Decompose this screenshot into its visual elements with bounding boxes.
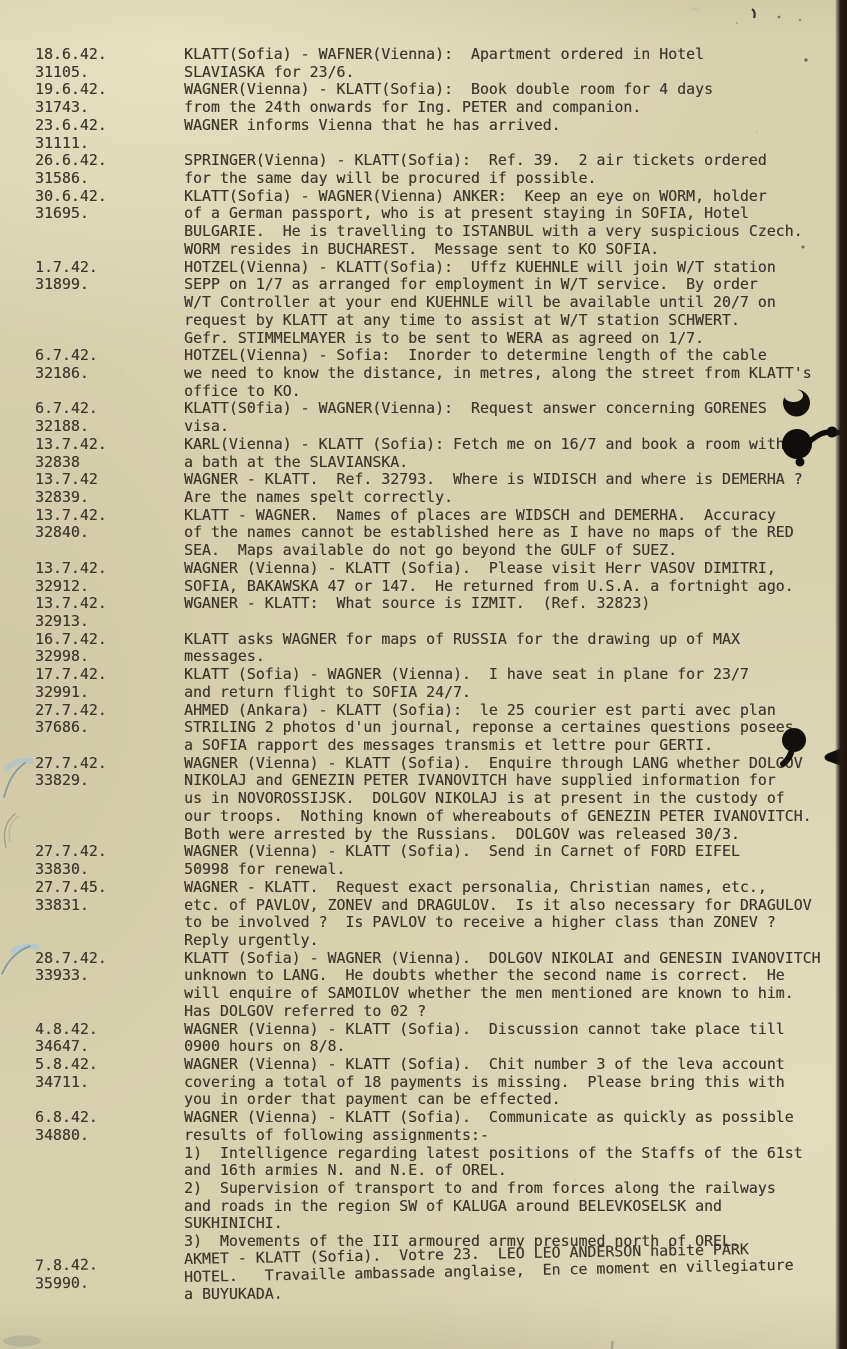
log-row: Both were arrested by the Russians. DOLG… <box>0 826 847 844</box>
entry-serial: 31586. <box>35 170 89 188</box>
entry-serial: 34647. <box>35 1038 89 1056</box>
log-row: 2) Supervision of transport to and from … <box>0 1180 847 1198</box>
entry-date: 13.7.42. <box>35 436 107 454</box>
entry-line: Has DOLGOV referred to 02 ? <box>184 1003 426 1021</box>
entry-line: WGANER - KLATT: What source is IZMIT. (R… <box>184 595 650 613</box>
log-row: 35990.HOTEL. Travaille ambassade anglais… <box>0 1269 847 1287</box>
log-row: 33933.unknown to LANG. He doubts whether… <box>0 967 847 985</box>
entry-line: and roads in the region SW of KALUGA aro… <box>184 1198 722 1216</box>
entry-date: 4.8.42. <box>35 1021 98 1039</box>
entry-line: Gefr. STIMMELMAYER is to be sent to WERA… <box>184 330 704 348</box>
entry-line: WAGNER (Vienna) - KLATT (Sofia). Chit nu… <box>184 1056 785 1074</box>
entry-line: KLATT(Sofia) - WAFNER(Vienna): Apartment… <box>184 46 704 64</box>
log-row: WORM resides in BUCHAREST. Message sent … <box>0 241 847 259</box>
document-page: 18.6.42.KLATT(Sofia) - WAFNER(Vienna): A… <box>0 0 847 1349</box>
log-row: 6.7.42.HOTZEL(Vienna) - Sofia: Inorder t… <box>0 347 847 365</box>
entry-serial: 37686. <box>35 719 89 737</box>
entry-serial: 31899. <box>35 276 89 294</box>
entry-serial: 33831. <box>35 897 89 915</box>
entry-line: WAGNER(Vienna) - KLATT(Sofia): Book doub… <box>184 81 713 99</box>
entry-date: 17.7.42. <box>35 666 107 684</box>
log-row: 5.8.42.WAGNER (Vienna) - KLATT (Sofia). … <box>0 1056 847 1074</box>
log-row: 6.8.42.WAGNER (Vienna) - KLATT (Sofia). … <box>0 1109 847 1127</box>
log-row: and roads in the region SW of KALUGA aro… <box>0 1198 847 1216</box>
entry-line: 2) Supervision of transport to and from … <box>184 1180 776 1198</box>
entry-date: 27.7.42. <box>35 843 107 861</box>
entry-line: SUKHINICHI. <box>184 1215 283 1233</box>
log-row: 1) Intelligence regarding latest positio… <box>0 1145 847 1163</box>
entry-line: KLATT (Sofia) - WAGNER (Vienna). I have … <box>184 666 749 684</box>
log-row: 31743.from the 24th onwards for Ing. PET… <box>0 99 847 117</box>
entry-line: KLATT(S0fia) - WAGNER(Vienna): Request a… <box>184 400 767 418</box>
log-row: 13.7.42.WAGNER (Vienna) - KLATT (Sofia).… <box>0 560 847 578</box>
log-row: 32839.Are the names spelt correctly. <box>0 489 847 507</box>
entry-line: WAGNER (Vienna) - KLATT (Sofia). Discuss… <box>184 1021 785 1039</box>
log-row: and 16th armies N. and N.E. of OREL. <box>0 1162 847 1180</box>
log-row: SEA. Maps available do not go beyond the… <box>0 542 847 560</box>
entry-serial: 31105. <box>35 64 89 82</box>
log-row: 31111. <box>0 135 847 153</box>
entry-line: BULGARIE. He is travelling to ISTANBUL w… <box>184 223 803 241</box>
entry-serial: 32912. <box>35 578 89 596</box>
entry-line: KLATT(Sofia) - WAGNER(Vienna) ANKER: Kee… <box>184 188 767 206</box>
entry-serial: 32913. <box>35 613 89 631</box>
entry-serial: 32186. <box>35 365 89 383</box>
log-row: 33830.50998 for renewal. <box>0 861 847 879</box>
log-row: a SOFIA rapport des messages transmis et… <box>0 737 847 755</box>
entry-line: Are the names spelt correctly. <box>184 489 453 507</box>
log-row: office to KO. <box>0 383 847 401</box>
log-row: 37686.STRILING 2 photos d'un journal, re… <box>0 719 847 737</box>
log-row: 31586.for the same day will be procured … <box>0 170 847 188</box>
log-row: our troops. Nothing known of whereabouts… <box>0 808 847 826</box>
entry-line: KLATT - WAGNER. Names of places are WIDS… <box>184 507 776 525</box>
entry-date: 18.6.42. <box>35 46 107 64</box>
log-row: Has DOLGOV referred to 02 ? <box>0 1003 847 1021</box>
entry-line: covering a total of 18 payments is missi… <box>184 1074 785 1092</box>
entry-date: 30.6.42. <box>35 188 107 206</box>
entry-line: 0900 hours on 8/8. <box>184 1038 345 1056</box>
entry-line: office to KO. <box>184 383 301 401</box>
entry-line: HOTZEL(Vienna) - Sofia: Inorder to deter… <box>184 347 767 365</box>
entry-line: to be involved ? Is PAVLOV to receive a … <box>184 914 776 932</box>
entry-line: W/T Controller at your end KUEHNLE will … <box>184 294 776 312</box>
log-row: 27.7.42.WAGNER (Vienna) - KLATT (Sofia).… <box>0 755 847 773</box>
entry-serial: 32998. <box>35 648 89 666</box>
entry-line: a SOFIA rapport des messages transmis et… <box>184 737 713 755</box>
entry-serial: 31743. <box>35 99 89 117</box>
entry-line: unknown to LANG. He doubts whether the s… <box>184 967 785 985</box>
log-row: 32838a bath at the SLAVIANSKA. <box>0 454 847 472</box>
log-row: 31899.SEPP on 1/7 as arranged for employ… <box>0 276 847 294</box>
entry-line: and return flight to SOFIA 24/7. <box>184 684 471 702</box>
log-row: 31105.SLAVIASKA for 23/6. <box>0 64 847 82</box>
log-row: Gefr. STIMMELMAYER is to be sent to WERA… <box>0 330 847 348</box>
log-row: 32913. <box>0 613 847 631</box>
entry-date: 6.8.42. <box>35 1109 98 1127</box>
entry-line: of a German passport, who is at present … <box>184 205 749 223</box>
entry-serial: 33829. <box>35 772 89 790</box>
entry-line: Both were arrested by the Russians. DOLG… <box>184 826 740 844</box>
log-row: 4.8.42.WAGNER (Vienna) - KLATT (Sofia). … <box>0 1021 847 1039</box>
entry-line: Reply urgently. <box>184 932 318 950</box>
entry-line: and 16th armies N. and N.E. of OREL. <box>184 1162 507 1180</box>
entry-line: WORM resides in BUCHAREST. Message sent … <box>184 241 659 259</box>
entry-serial: 32840. <box>35 524 89 542</box>
entry-line: KLATT asks WAGNER for maps of RUSSIA for… <box>184 631 740 649</box>
log-row: 34880.results of following assignments:- <box>0 1127 847 1145</box>
corner-smudge <box>3 1336 614 1349</box>
log-row: 27.7.45.WAGNER - KLATT. Request exact pe… <box>0 879 847 897</box>
log-row: 6.7.42.KLATT(S0fia) - WAGNER(Vienna): Re… <box>0 400 847 418</box>
entry-date: 19.6.42. <box>35 81 107 99</box>
entry-line: SEPP on 1/7 as arranged for employment i… <box>184 276 758 294</box>
log-row: 34647.0900 hours on 8/8. <box>0 1038 847 1056</box>
log-row: SUKHINICHI. <box>0 1215 847 1233</box>
entry-line: etc. of PAVLOV, ZONEV and DRAGULOV. Is i… <box>184 897 812 915</box>
entry-line: WAGNER (Vienna) - KLATT (Sofia). Enquire… <box>184 755 803 773</box>
log-row: BULGARIE. He is travelling to ISTANBUL w… <box>0 223 847 241</box>
entry-line: us in NOVOROSSIJSK. DOLGOV NIKOLAJ is at… <box>184 790 785 808</box>
entry-line: WAGNER (Vienna) - KLATT (Sofia). Send in… <box>184 843 740 861</box>
entry-line: STRILING 2 photos d'un journal, reponse … <box>184 719 794 737</box>
entry-serial: 31695. <box>35 205 89 223</box>
log-row: 27.7.42.WAGNER (Vienna) - KLATT (Sofia).… <box>0 843 847 861</box>
entry-line: SOFIA, BAKAWSKA 47 or 147. He returned f… <box>184 578 794 596</box>
log-row: 17.7.42.KLATT (Sofia) - WAGNER (Vienna).… <box>0 666 847 684</box>
entry-line: KARL(Vienna) - KLATT (Sofia): Fetch me o… <box>184 436 785 454</box>
log-row: 34711.covering a total of 18 payments is… <box>0 1074 847 1092</box>
entry-line: our troops. Nothing known of whereabouts… <box>184 808 812 826</box>
log-row: 33831.etc. of PAVLOV, ZONEV and DRAGULOV… <box>0 897 847 915</box>
entry-line: results of following assignments:- <box>184 1127 489 1145</box>
log-row: 32186.we need to know the distance, in m… <box>0 365 847 383</box>
binding-edge-shadow <box>835 0 847 1349</box>
entry-serial: 33830. <box>35 861 89 879</box>
log-row: 32998.messages. <box>0 648 847 666</box>
log-row: 33829.NIKOLAJ and GENEZIN PETER IVANOVIT… <box>0 772 847 790</box>
entry-line: WAGNER - KLATT. Request exact personalia… <box>184 879 767 897</box>
log-row: 28.7.42.KLATT (Sofia) - WAGNER (Vienna).… <box>0 950 847 968</box>
entry-line: we need to know the distance, in metres,… <box>184 365 812 383</box>
entry-line: messages. <box>184 648 265 666</box>
entry-line: SLAVIASKA for 23/6. <box>184 64 354 82</box>
entry-date: 13.7.42. <box>35 507 107 525</box>
entry-date: 27.7.45. <box>35 879 107 897</box>
log-row: 32188.visa. <box>0 418 847 436</box>
log-row: 31695.of a German passport, who is at pr… <box>0 205 847 223</box>
log-row: to be involved ? Is PAVLOV to receive a … <box>0 914 847 932</box>
entry-line: of the names cannot be established here … <box>184 524 794 542</box>
entry-date: 6.7.42. <box>35 400 98 418</box>
entry-date: 16.7.42. <box>35 631 107 649</box>
entry-line: visa. <box>184 418 229 436</box>
entry-serial: 32838 <box>35 454 80 472</box>
entry-serial: 32188. <box>35 418 89 436</box>
log-row: 13.7.42.WGANER - KLATT: What source is I… <box>0 595 847 613</box>
log-row: Reply urgently. <box>0 932 847 950</box>
entry-line: AHMED (Ankara) - KLATT (Sofia): le 25 co… <box>184 702 776 720</box>
entry-serial: 31111. <box>35 135 89 153</box>
entry-line: HOTZEL(Vienna) - KLATT(Sofia): Uffz KUEH… <box>184 259 776 277</box>
entry-date: 13.7.42. <box>35 560 107 578</box>
log-row: us in NOVOROSSIJSK. DOLGOV NIKOLAJ is at… <box>0 790 847 808</box>
entry-serial: 34711. <box>35 1074 89 1092</box>
entry-date: 13.7.42 <box>35 471 98 489</box>
entry-line: for the same day will be procured if pos… <box>184 170 596 188</box>
entry-date: 28.7.42. <box>35 950 107 968</box>
entry-line: 50998 for renewal. <box>184 861 345 879</box>
log-row: 1.7.42.HOTZEL(Vienna) - KLATT(Sofia): Uf… <box>0 259 847 277</box>
entry-line: a BUYUKADA. <box>184 1286 283 1304</box>
log-row: 27.7.42.AHMED (Ankara) - KLATT (Sofia): … <box>0 702 847 720</box>
entry-line: WAGNER (Vienna) - KLATT (Sofia). Please … <box>184 560 776 578</box>
log-row: 19.6.42.WAGNER(Vienna) - KLATT(Sofia): B… <box>0 81 847 99</box>
entry-date: 27.7.42. <box>35 702 107 720</box>
log-entries: 18.6.42.KLATT(Sofia) - WAFNER(Vienna): A… <box>0 46 847 1304</box>
log-row: you in order that payment can be effecte… <box>0 1091 847 1109</box>
entry-date: 13.7.42. <box>35 595 107 613</box>
log-row: 13.7.42WAGNER - KLATT. Ref. 32793. Where… <box>0 471 847 489</box>
log-row: will enquire of SAMOILOV whether the men… <box>0 985 847 1003</box>
log-row: 26.6.42.SPRINGER(Vienna) - KLATT(Sofia):… <box>0 152 847 170</box>
entry-line: WAGNER informs Vienna that he has arrive… <box>184 117 561 135</box>
log-row: 13.7.42.KLATT - WAGNER. Names of places … <box>0 507 847 525</box>
log-row: W/T Controller at your end KUEHNLE will … <box>0 294 847 312</box>
log-row: 18.6.42.KLATT(Sofia) - WAFNER(Vienna): A… <box>0 46 847 64</box>
entry-line: 1) Intelligence regarding latest positio… <box>184 1145 803 1163</box>
log-row: 13.7.42.KARL(Vienna) - KLATT (Sofia): Fe… <box>0 436 847 454</box>
entry-serial: 32991. <box>35 684 89 702</box>
log-row: 32912.SOFIA, BAKAWSKA 47 or 147. He retu… <box>0 578 847 596</box>
entry-date: 26.6.42. <box>35 152 107 170</box>
log-row: 23.6.42.WAGNER informs Vienna that he ha… <box>0 117 847 135</box>
entry-line: request by KLATT at any time to assist a… <box>184 312 740 330</box>
entry-line: will enquire of SAMOILOV whether the men… <box>184 985 794 1003</box>
entry-line: from the 24th onwards for Ing. PETER and… <box>184 99 641 117</box>
entry-date: 27.7.42. <box>35 755 107 773</box>
log-row: 30.6.42.KLATT(Sofia) - WAGNER(Vienna) AN… <box>0 188 847 206</box>
entry-line: SEA. Maps available do not go beyond the… <box>184 542 677 560</box>
log-row: a BUYUKADA. <box>0 1286 847 1304</box>
entry-serial: 34880. <box>35 1127 89 1145</box>
log-row: request by KLATT at any time to assist a… <box>0 312 847 330</box>
entry-serial: 32839. <box>35 489 89 507</box>
entry-date: 23.6.42. <box>35 117 107 135</box>
entry-date: 5.8.42. <box>35 1056 98 1074</box>
entry-line: SPRINGER(Vienna) - KLATT(Sofia): Ref. 39… <box>184 152 767 170</box>
log-row: 32991.and return flight to SOFIA 24/7. <box>0 684 847 702</box>
log-row: 16.7.42.KLATT asks WAGNER for maps of RU… <box>0 631 847 649</box>
entry-line: a bath at the SLAVIANSKA. <box>184 454 408 472</box>
entry-line: KLATT (Sofia) - WAGNER (Vienna). DOLGOV … <box>184 950 821 968</box>
entry-date: 1.7.42. <box>35 259 98 277</box>
entry-line: WAGNER - KLATT. Ref. 32793. Where is WID… <box>184 471 803 489</box>
entry-serial: 33933. <box>35 967 89 985</box>
entry-line: WAGNER (Vienna) - KLATT (Sofia). Communi… <box>184 1109 794 1127</box>
entry-line: you in order that payment can be effecte… <box>184 1091 561 1109</box>
entry-date: 6.7.42. <box>35 347 98 365</box>
entry-line: NIKOLAJ and GENEZIN PETER IVANOVITCH hav… <box>184 772 776 790</box>
log-row: 32840.of the names cannot be established… <box>0 524 847 542</box>
